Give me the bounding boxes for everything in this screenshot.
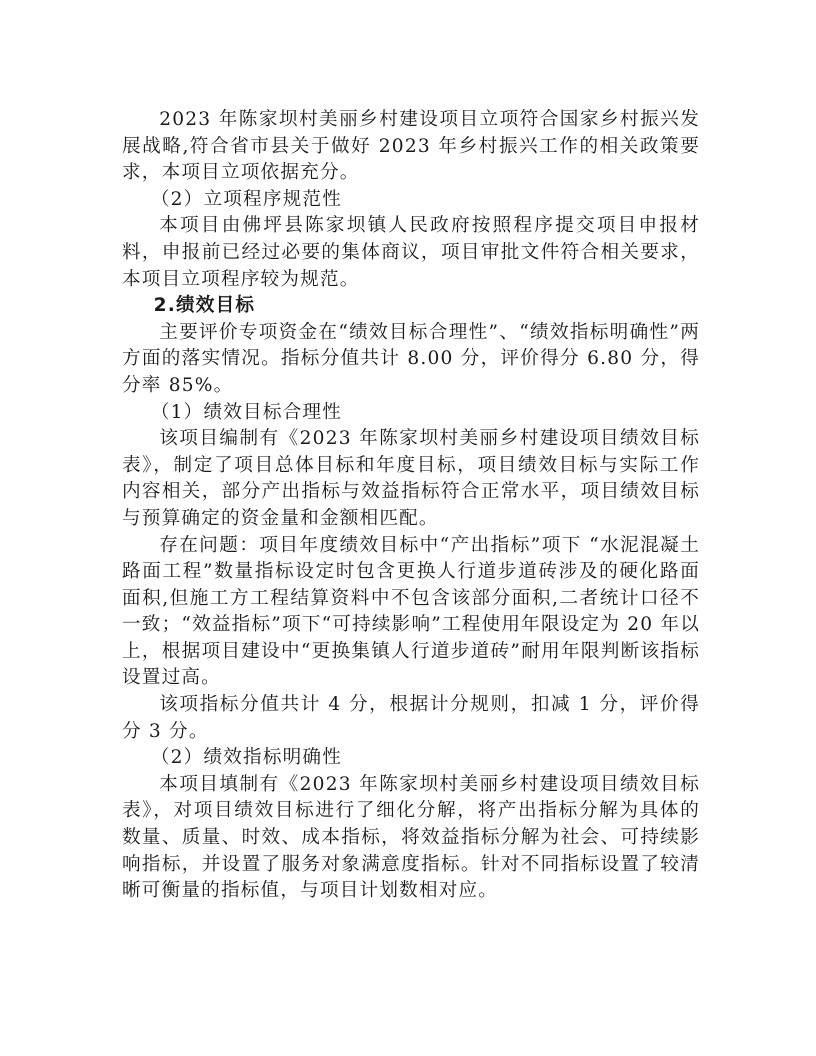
paragraph-issues: 存在问题：项目年度绩效目标中“产出指标”项下 “水泥混凝土路面工程”数量指标设定…	[122, 533, 700, 693]
document-page: 2023 年陈家坝村美丽乡村建设项目立项符合国家乡村振兴发展战略,符合省市县关于…	[122, 107, 700, 905]
paragraph-project-basis: 2023 年陈家坝村美丽乡村建设项目立项符合国家乡村振兴发展战略,符合省市县关于…	[122, 107, 700, 187]
paragraph-goal-table: 该项目编制有《2023 年陈家坝村美丽乡村建设项目绩效目标表》，制定了项目总体目…	[122, 426, 700, 532]
section-heading-performance-goals: 2.绩效目标	[122, 293, 700, 320]
subheading-goal-rationality: （1）绩效目标合理性	[122, 400, 700, 427]
paragraph-indicator-details: 本项目填制有《2023 年陈家坝村美丽乡村建设项目绩效目标表》，对项目绩效目标进…	[122, 772, 700, 905]
paragraph-evaluation-summary: 主要评价专项资金在“绩效目标合理性”、“绩效指标明确性”两方面的落实情况。指标分…	[122, 320, 700, 400]
paragraph-score: 该项指标分值共计 4 分，根据计分规则，扣减 1 分，评价得分 3 分。	[122, 692, 700, 745]
subheading-procedure-standard: （2）立项程序规范性	[122, 187, 700, 214]
paragraph-procedure: 本项目由佛坪县陈家坝镇人民政府按照程序提交项目申报材料，申报前已经过必要的集体商…	[122, 213, 700, 293]
subheading-indicator-clarity: （2）绩效指标明确性	[122, 745, 700, 772]
